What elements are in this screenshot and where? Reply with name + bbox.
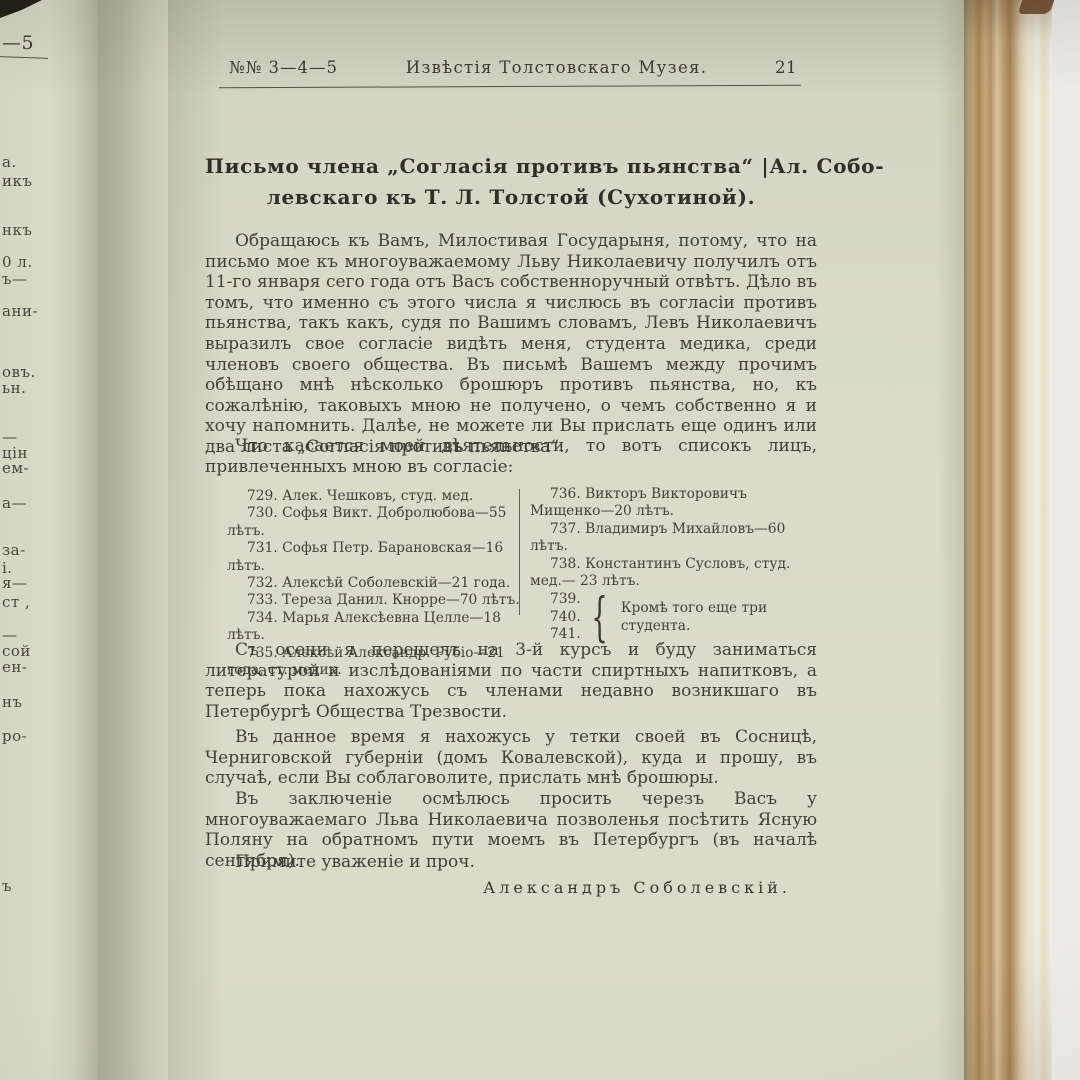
left-page-fragment: ъ <box>2 877 12 895</box>
left-page-fragment: ен- <box>2 658 27 676</box>
left-page-fragment: ем- <box>2 459 29 477</box>
left-page-fragment: нъ <box>2 693 23 711</box>
paragraph-4: Въ данное время я нахожусь у тетки своей… <box>205 727 817 789</box>
left-page-fragment: 0 л. <box>2 253 33 271</box>
list-item: 733. Тереза Данил. Кнорре—70 лѣтъ. <box>227 592 523 609</box>
page-number: 21 <box>775 58 797 77</box>
left-page-fragment: за- <box>2 541 26 559</box>
brace-numbers: 739. 740. 741. <box>550 591 581 643</box>
page-content: №№ 3—4—5 Извѣстія Толстовскаго Музея. 21… <box>205 0 817 1080</box>
header-rule <box>219 85 801 89</box>
paragraph-3: Съ осени я перешелъ на 3-й курсъ и буду … <box>205 640 817 722</box>
brace-group: 739. 740. 741. { Кромѣ того еще три студ… <box>530 591 817 643</box>
left-page-fragment: ани- <box>2 302 38 320</box>
article-title-line-2: левскаго къ Т. Л. Толстой (Сухотиной). <box>205 185 817 209</box>
list-item: 731. Софья Петр. Барановская—16 лѣтъ. <box>227 540 523 575</box>
left-page-sliver: —5 а. икъ нкъ 0 л. ъ— ани- овъ. ьн. — ці… <box>0 0 98 1080</box>
left-page-fragment: я— <box>2 574 27 592</box>
book-fore-edge-pages <box>964 0 1052 1080</box>
list-item-number: 740. <box>550 609 581 626</box>
list-item: 729. Алек. Чешковъ, студ. мед. <box>227 488 523 505</box>
paragraph-1: Обращаюсь къ Вамъ, Милостивая Государыня… <box>205 231 817 458</box>
left-page-fragment: а— <box>2 494 27 512</box>
running-header: №№ 3—4—5 Извѣстія Толстовскаго Музея. 21 <box>229 58 797 77</box>
closing-line: Примите уваженіе и проч. <box>235 852 475 872</box>
signature-line: Александръ Соболевскій. <box>483 878 791 897</box>
left-page-fragment: ро- <box>2 727 27 745</box>
book-gutter-shadow <box>98 0 168 1080</box>
left-page-header-rule <box>0 56 48 59</box>
book-photo: —5 а. икъ нкъ 0 л. ъ— ани- овъ. ьн. — ці… <box>0 0 1080 1080</box>
list-item: 732. Алексѣй Соболевскій—21 года. <box>227 575 523 592</box>
article-title-line-1: Письмо члена „Согласія противъ пьянства“… <box>205 154 817 178</box>
left-page-fragment: нкъ <box>2 221 32 239</box>
left-page-fragment: икъ <box>2 172 32 190</box>
left-page-fragment: а. <box>2 153 17 171</box>
brace-note: Кромѣ того еще три студента. <box>621 600 817 635</box>
left-page-fragment: ьн. <box>2 379 26 397</box>
list-item: 736. Викторъ Викторовичъ Мищенко—20 лѣтъ… <box>530 486 817 521</box>
issue-numbers: №№ 3—4—5 <box>229 58 338 77</box>
left-page-fragment: ъ— <box>2 270 28 288</box>
list-item: 730. Софья Викт. Добролюбова—55 лѣтъ. <box>227 505 523 540</box>
list-item-number: 739. <box>550 591 581 608</box>
paragraph-2: Что касается моей дѣятельности, то вотъ … <box>205 436 817 477</box>
list-item: 738. Константинъ Сусловъ, студ. мед.— 23… <box>530 556 817 591</box>
column-divider-rule <box>519 489 520 615</box>
brace-glyph: { <box>591 592 608 644</box>
list-item: 737. Владимиръ Михайловъ—60 лѣтъ. <box>530 521 817 556</box>
journal-title: Извѣстія Толстовскаго Музея. <box>406 58 708 77</box>
left-page-fragment: —5 <box>2 32 34 54</box>
left-page-fragment: ст , <box>2 593 30 611</box>
members-list-right-column: 736. Викторъ Викторовичъ Мищенко—20 лѣтъ… <box>530 486 817 644</box>
